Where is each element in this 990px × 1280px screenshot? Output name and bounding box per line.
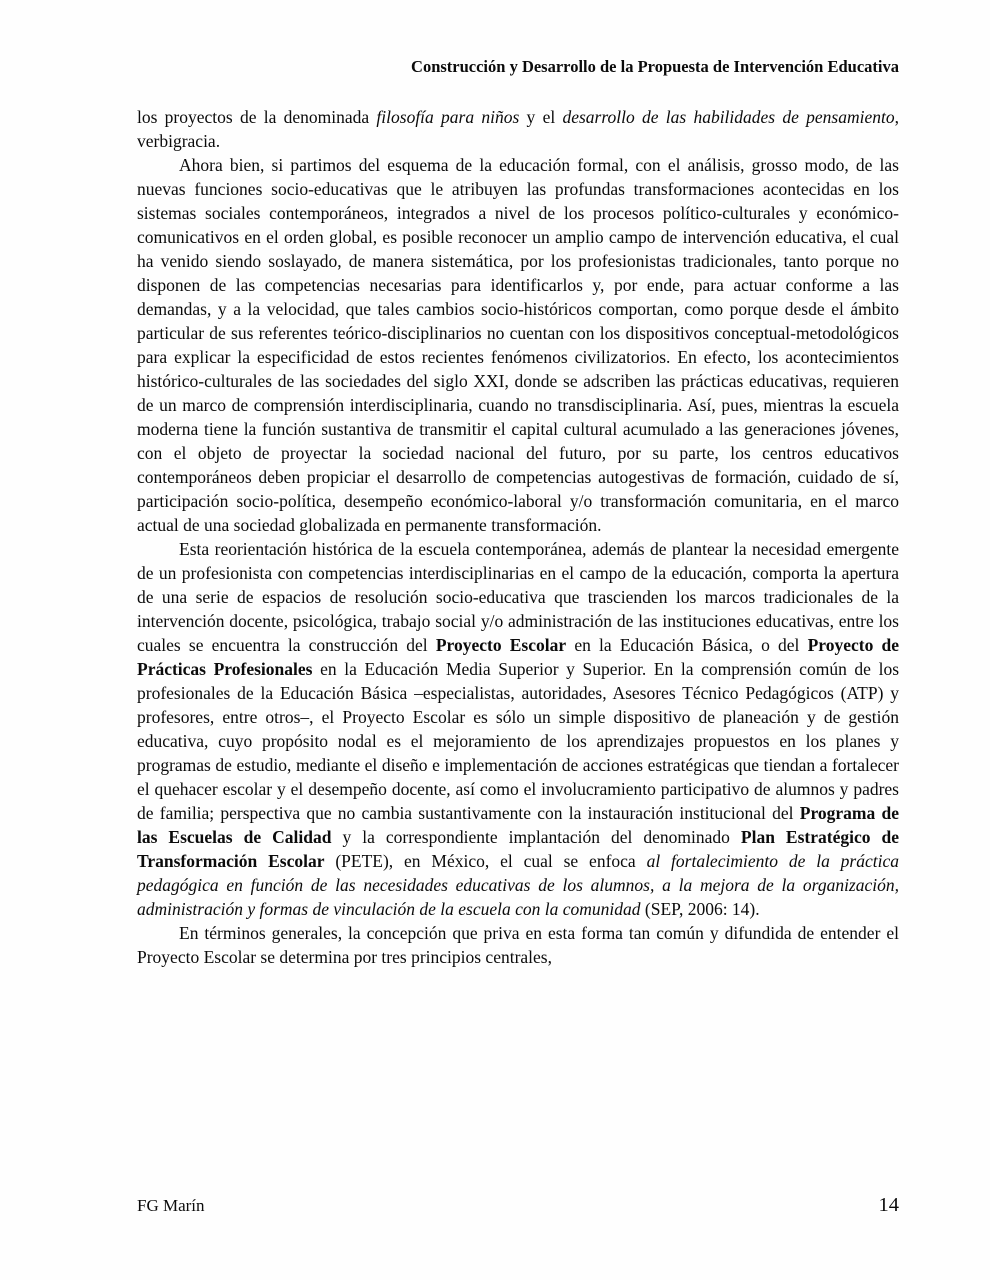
footer-author: FG Marín [137, 1196, 205, 1216]
paragraph-3: Esta reorientación histórica de la escue… [137, 537, 899, 921]
text-run: Proyecto Escolar [436, 635, 566, 655]
document-content: Construcción y Desarrollo de la Propuest… [137, 57, 899, 969]
text-run: los proyectos de la denominada [137, 107, 376, 127]
text-run: y el [519, 107, 562, 127]
paragraph-1: los proyectos de la denominada filosofía… [137, 105, 899, 153]
text-run: Ahora bien, si partimos del esquema de l… [137, 155, 899, 535]
running-header: Construcción y Desarrollo de la Propuest… [137, 57, 899, 77]
text-run: En términos generales, la concepción que… [137, 923, 899, 967]
page-number: 14 [879, 1194, 900, 1217]
document-body: los proyectos de la denominada filosofía… [137, 105, 899, 969]
document-page: Construcción y Desarrollo de la Propuest… [0, 0, 990, 1280]
page-footer: FG Marín 14 [137, 1194, 899, 1217]
text-run: desarrollo de las habilidades de pensami… [562, 107, 894, 127]
paragraph-2: Ahora bien, si partimos del esquema de l… [137, 153, 899, 537]
text-run: (SEP, 2006: 14). [641, 899, 760, 919]
paragraph-4: En términos generales, la concepción que… [137, 921, 899, 969]
text-run: en la Educación Media Superior y Superio… [137, 659, 899, 823]
text-run: filosofía para niños [376, 107, 519, 127]
text-run: (PETE), en México, el cual se enfoca [324, 851, 646, 871]
text-run: en la Educación Básica, o del [566, 635, 807, 655]
text-run: y la correspondiente implantación del de… [331, 827, 740, 847]
